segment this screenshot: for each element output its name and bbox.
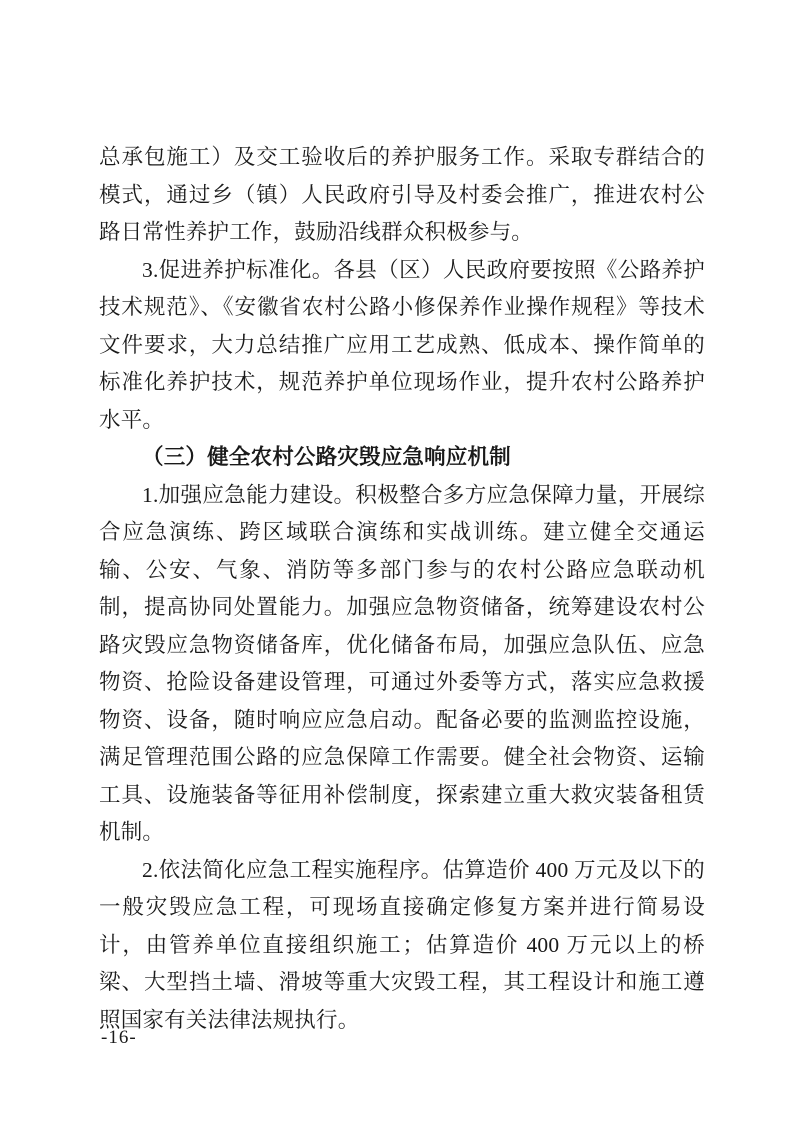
body-paragraph: 3.促进养护标准化。各县（区）人民政府要按照《公路养护技术规范》、《安徽省农村公… <box>99 252 705 440</box>
section-heading: （三）健全农村公路灾毁应急响应机制 <box>99 439 705 477</box>
page-number: -16- <box>101 1026 137 1050</box>
body-paragraph: 总承包施工）及交工验收后的养护服务工作。采取专群结合的模式，通过乡（镇）人民政府… <box>99 139 705 252</box>
document-text-block: 总承包施工）及交工验收后的养护服务工作。采取专群结合的模式，通过乡（镇）人民政府… <box>99 139 705 1039</box>
document-page: 总承包施工）及交工验收后的养护服务工作。采取专群结合的模式，通过乡（镇）人民政府… <box>0 0 794 1122</box>
body-paragraph: 2.依法简化应急工程实施程序。估算造价 400 万元及以下的一般灾毁应急工程，可… <box>99 852 705 1040</box>
body-paragraph: 1.加强应急能力建设。积极整合多方应急保障力量，开展综合应急演练、跨区域联合演练… <box>99 477 705 852</box>
